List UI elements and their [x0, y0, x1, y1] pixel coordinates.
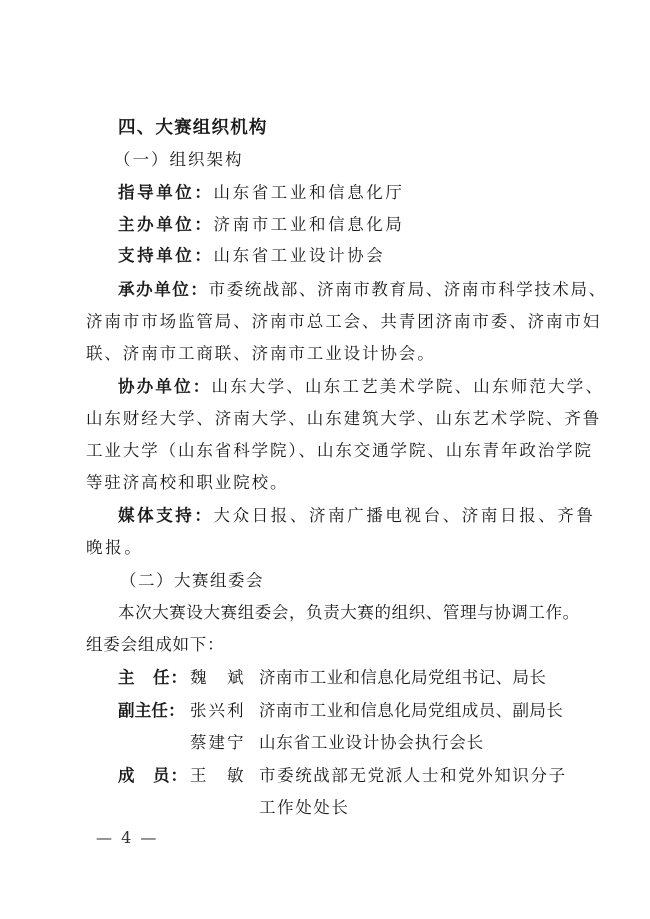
- committee-title-continued: 工作处处长: [259, 798, 350, 818]
- committee-role: 成 员：: [118, 766, 188, 786]
- support-unit: 支持单位：山东省工业设计协会: [118, 246, 385, 266]
- guiding-unit: 指导单位：山东省工业和信息化厅: [118, 183, 405, 203]
- committee-role: 副主任：: [118, 701, 185, 721]
- organizer-text: 市委统战部、济南市教育局、济南市科学技术局、: [209, 280, 607, 299]
- co-organizer-text: 山东大学、山东工艺美术学院、山东师范大学、: [212, 377, 605, 396]
- committee-name: 张兴利: [190, 701, 246, 721]
- committee-name: 蔡建宁: [190, 733, 246, 753]
- committee-name: 王 敏: [190, 766, 246, 786]
- organizer-line-2: 济南市市场监管局、济南市总工会、共青团济南市委、济南市妇: [86, 312, 601, 332]
- host-unit: 主办单位：济南市工业和信息化局: [118, 215, 405, 235]
- committee-role: 主 任：: [118, 668, 188, 688]
- organizer-line-1: 承办单位：市委统战部、济南市教育局、济南市科学技术局、: [118, 280, 607, 300]
- media-line-1: 媒体支持：大众日报、济南广播电视台、济南日报、齐鲁: [118, 506, 596, 526]
- committee-title: 济南市工业和信息化局党组书记、局长: [259, 668, 546, 688]
- subsection-heading-2: （二）大赛组委会: [120, 571, 264, 591]
- host-unit-label: 主办单位：: [118, 215, 214, 234]
- committee-name: 魏 斌: [190, 668, 246, 688]
- guiding-unit-value: 山东省工业和信息化厅: [214, 183, 405, 202]
- media-label: 媒体支持：: [118, 506, 214, 525]
- host-unit-value: 济南市工业和信息化局: [214, 215, 405, 234]
- support-unit-label: 支持单位：: [118, 246, 214, 265]
- committee-title: 市委统战部无党派人士和党外知识分子: [259, 766, 567, 786]
- guiding-unit-label: 指导单位：: [118, 183, 214, 202]
- intro-line-2: 组委会组成如下：: [86, 635, 224, 655]
- co-organizer-line-3: 工业大学（山东省科学院）、山东交通学院、山东青年政治学院: [86, 441, 593, 461]
- co-organizer-line-2: 山东财经大学、济南大学、山东建筑大学、山东艺术学院、齐鲁: [86, 409, 601, 429]
- media-line-2: 晚报。: [86, 538, 143, 558]
- section-heading: 四、大赛组织机构: [118, 118, 268, 138]
- co-organizer-label: 协办单位：: [118, 377, 212, 396]
- intro-line-1: 本次大赛设大赛组委会，负责大赛的组织、管理与协调工作。: [118, 603, 580, 623]
- committee-title: 山东省工业设计协会执行会长: [259, 733, 484, 753]
- committee-title: 济南市工业和信息化局党组成员、副局长: [259, 701, 563, 721]
- co-organizer-line-1: 协办单位：山东大学、山东工艺美术学院、山东师范大学、: [118, 377, 604, 397]
- organizer-label: 承办单位：: [118, 280, 209, 299]
- co-organizer-line-4: 等驻济高校和职业院校。: [86, 473, 288, 493]
- subsection-heading-1: （一）组织架构: [114, 150, 244, 170]
- page-number: — 4 —: [96, 828, 158, 847]
- organizer-line-3: 联、济南市工商联、济南市工业设计协会。: [86, 344, 436, 364]
- media-text: 大众日报、济南广播电视台、济南日报、齐鲁: [214, 506, 596, 525]
- support-unit-value: 山东省工业设计协会: [214, 246, 386, 265]
